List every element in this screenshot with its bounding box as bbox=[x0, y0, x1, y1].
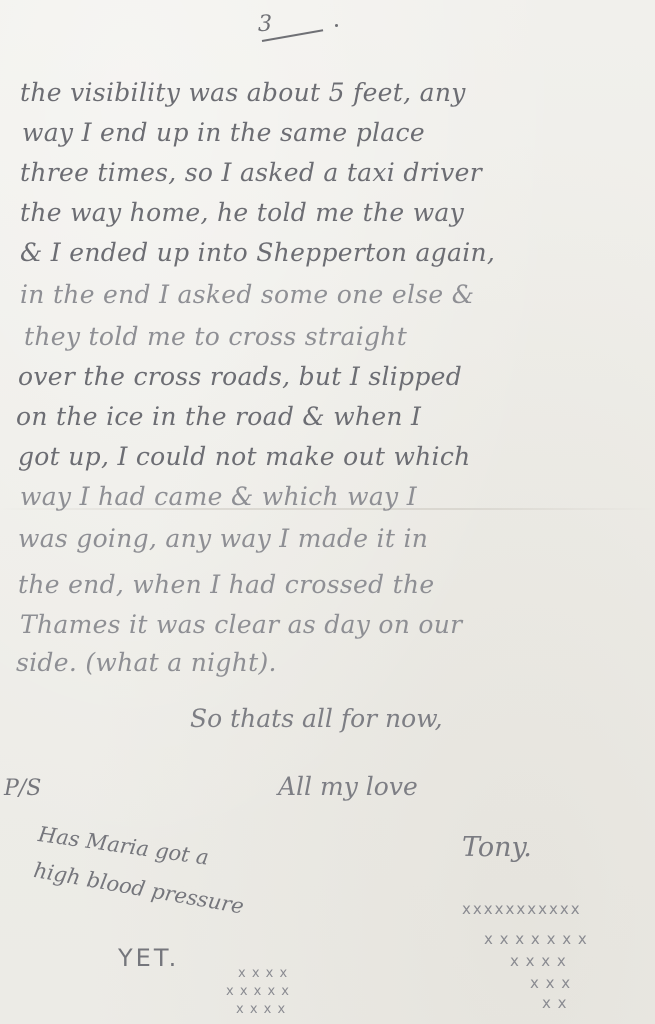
postscript-label: P/S bbox=[4, 776, 41, 801]
body-line: the way home, he told me the way bbox=[20, 198, 464, 228]
postscript-kisses-row: x x x x bbox=[236, 1002, 286, 1017]
body-line: was going, any way I made it in bbox=[18, 524, 428, 554]
body-line: way I had came & which way I bbox=[20, 482, 417, 512]
letter-page: 3 the visibility was about 5 feet, any w… bbox=[0, 0, 655, 1024]
page-number: 3 bbox=[258, 12, 273, 37]
closing-love: All my love bbox=[278, 772, 418, 801]
body-line: they told me to cross straight bbox=[24, 322, 407, 352]
kisses-row: x x x bbox=[530, 974, 571, 992]
postscript-yet: YET. bbox=[118, 944, 179, 972]
page-number-dot bbox=[335, 24, 338, 27]
signature: Tony. bbox=[462, 832, 532, 863]
postscript-kisses-row: x x x x bbox=[238, 966, 288, 981]
kisses-row: xxxxxxxxxxx bbox=[462, 900, 582, 918]
body-line: side. (what a night). bbox=[16, 648, 277, 678]
body-line: on the ice in the road & when I bbox=[16, 402, 421, 432]
body-line: in the end I asked some one else & bbox=[20, 280, 474, 310]
body-line: Thames it was clear as day on our bbox=[20, 610, 462, 640]
kisses-row: x x x x bbox=[510, 952, 567, 970]
body-line: & I ended up into Shepperton again, bbox=[20, 238, 495, 268]
body-line: three times, so I asked a taxi driver bbox=[20, 158, 482, 188]
postscript-line: high blood pressure bbox=[32, 858, 246, 919]
body-line: got up, I could not make out which bbox=[18, 442, 471, 472]
body-line: the end, when I had crossed the bbox=[18, 570, 434, 600]
body-line: the visibility was about 5 feet, any bbox=[20, 78, 466, 108]
postscript-kisses-row: x x x x x bbox=[226, 984, 290, 999]
kisses-row: x x x x x x x bbox=[484, 930, 588, 948]
body-line: over the cross roads, but I slipped bbox=[18, 362, 462, 392]
kisses-row: x x bbox=[542, 994, 568, 1012]
body-line: way I end up in the same place bbox=[22, 118, 425, 148]
closing-line: So thats all for now, bbox=[190, 704, 443, 733]
